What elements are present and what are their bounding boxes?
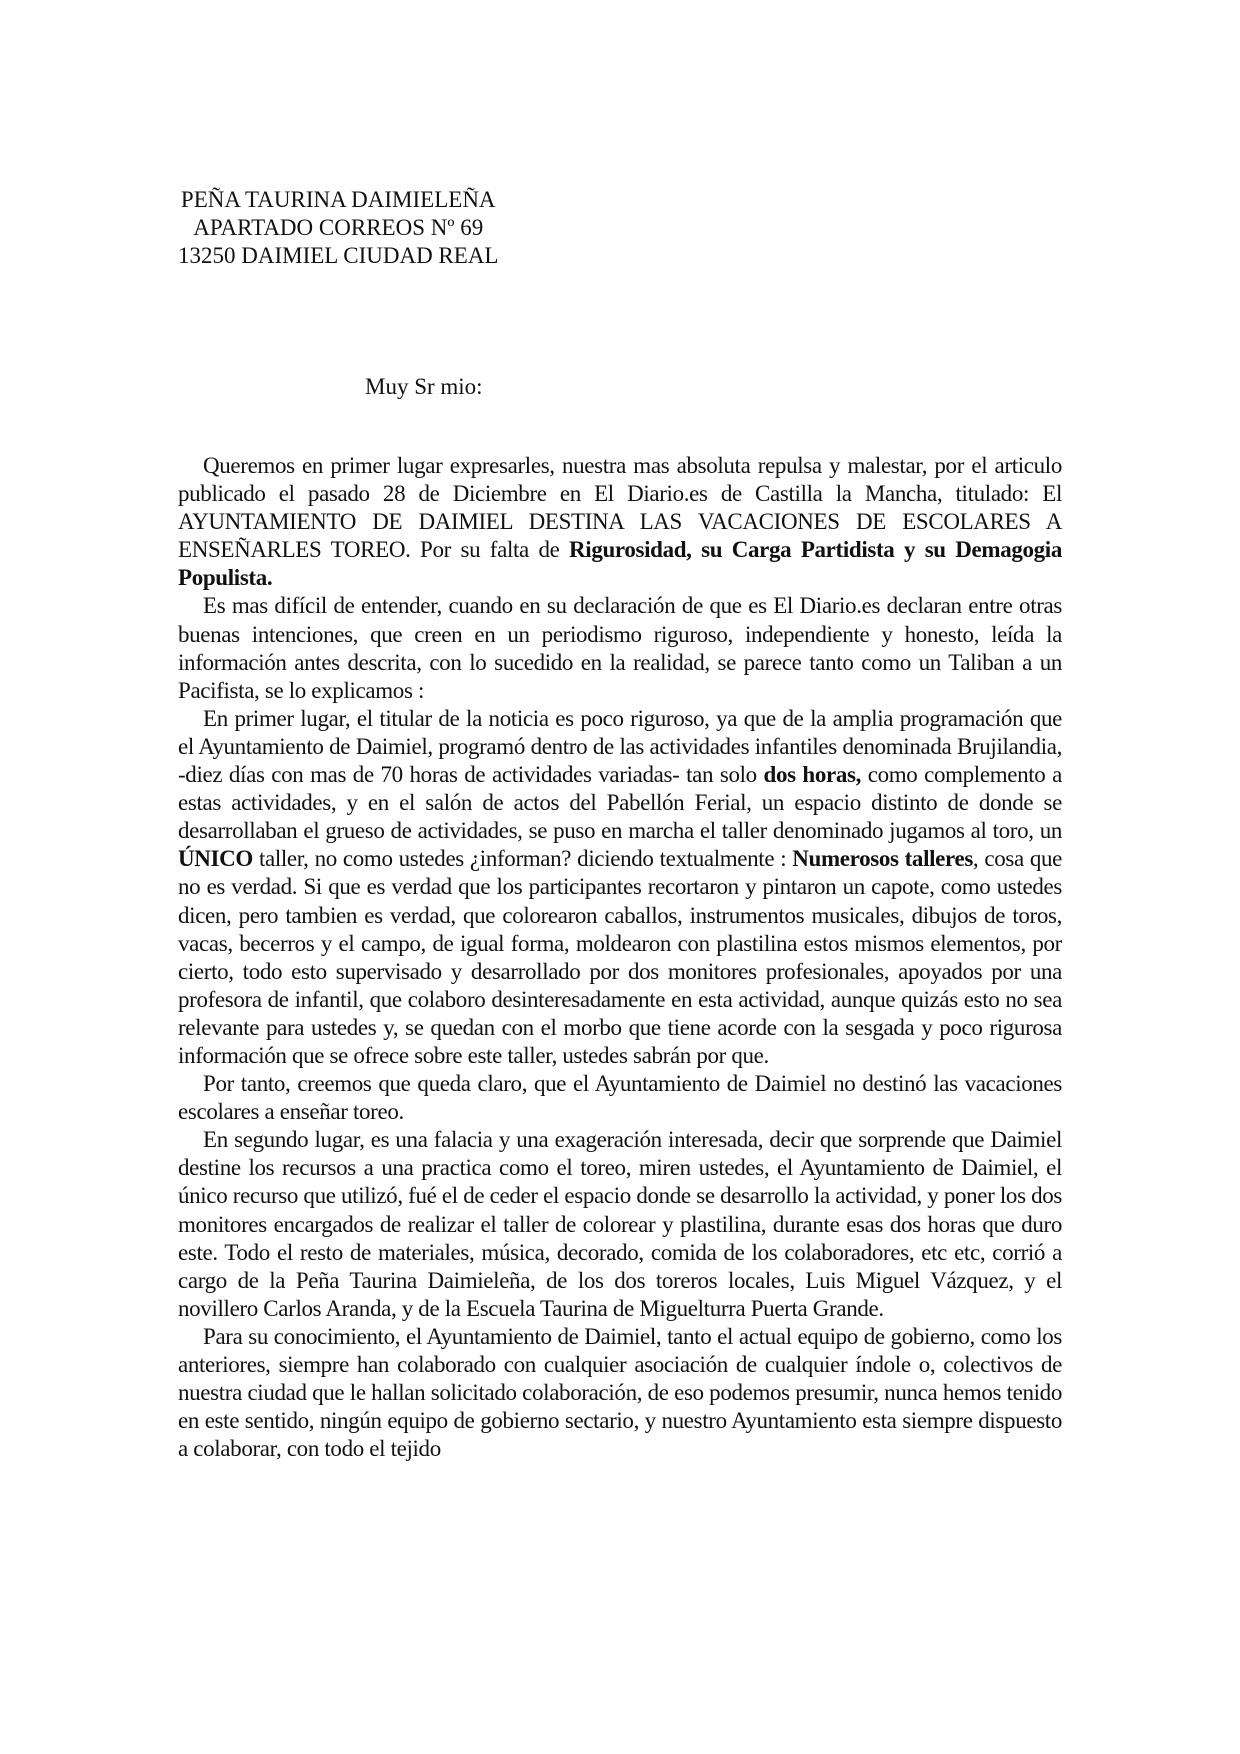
sender-city: 13250 DAIMIEL CIUDAD REAL [178,242,498,270]
body-paragraph: Es mas difícil de entender, cuando en su… [178,592,1062,704]
letter-body: Queremos en primer lugar expresarles, nu… [178,452,1062,1463]
paragraph-text: En segundo lugar, es una falacia y una e… [178,1127,1062,1321]
paragraph-text: Por tanto, creemos que queda claro, que … [178,1071,1062,1124]
sender-po-box: APARTADO CORREOS Nº 69 [178,214,498,242]
body-paragraph: En segundo lugar, es una falacia y una e… [178,1126,1062,1323]
letter-page: PEÑA TAURINA DAIMIELEÑA APARTADO CORREOS… [0,0,1240,1754]
body-paragraph: Para su conocimiento, el Ayuntamiento de… [178,1323,1062,1463]
sender-address: PEÑA TAURINA DAIMIELEÑA APARTADO CORREOS… [178,186,498,270]
paragraph-text: taller, no como ustedes ¿informan? dicie… [253,846,792,871]
paragraph-text: , cosa que no es verdad. Si que es verda… [178,846,1062,1068]
paragraph-text: Para su conocimiento, el Ayuntamiento de… [178,1324,1062,1461]
emphasized-text: ÚNICO [178,846,253,871]
paragraph-text: Es mas difícil de entender, cuando en su… [178,593,1062,702]
emphasized-text: dos horas, [764,762,862,787]
salutation: Muy Sr mio: [365,373,483,401]
body-paragraph: Por tanto, creemos que queda claro, que … [178,1070,1062,1126]
sender-name: PEÑA TAURINA DAIMIELEÑA [178,186,498,214]
body-paragraph: Queremos en primer lugar expresarles, nu… [178,452,1062,592]
emphasized-text: Numerosos talleres [792,846,973,871]
body-paragraph: En primer lugar, el titular de la notici… [178,705,1062,1070]
